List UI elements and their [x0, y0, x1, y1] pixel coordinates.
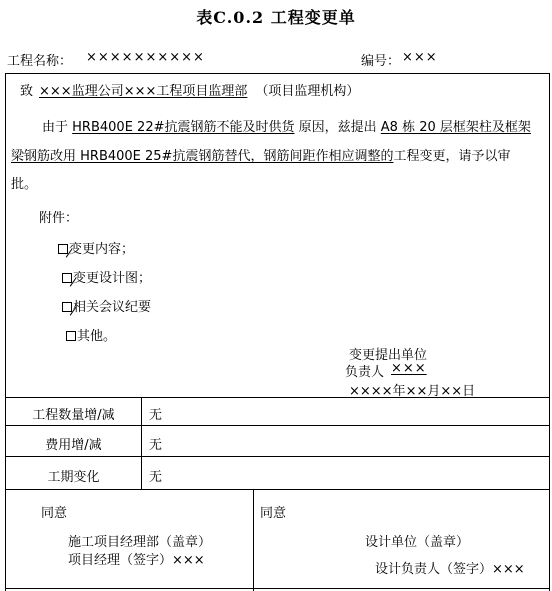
approval-column-divider	[253, 489, 254, 591]
contractor-org: 施工项目经理部（盖章）	[68, 531, 211, 550]
addressee-suffix: （项目监理机构）	[255, 84, 359, 99]
addressee-line: 致×××监理公司×××工程项目监理部（项目监理机构）	[20, 80, 359, 99]
row-label-quantity: 工程数量增/减	[6, 404, 141, 423]
row-divider	[5, 489, 550, 490]
change-content-part2: 梁钢筋改用 HRB400E 25#抗震钢筋替代，钢筋间距作相应调整的	[11, 149, 393, 164]
attachment-item[interactable]: 变更设计图；	[62, 267, 151, 286]
body-text: 由于	[42, 120, 68, 135]
designer-signer: 设计负责人（签字）×××	[375, 558, 525, 577]
checkbox-checked-icon[interactable]	[62, 302, 72, 312]
attachment-item[interactable]: 其他。	[66, 325, 116, 344]
attachment-item[interactable]: 相关会议纪要	[62, 296, 151, 315]
row-value-schedule: 无	[149, 466, 162, 485]
attachment-label: 其他。	[77, 329, 116, 344]
row-divider	[5, 425, 550, 426]
checkbox-checked-icon[interactable]	[58, 244, 68, 254]
label-column-divider	[141, 397, 142, 489]
change-reason: HRB400E 22#抗震钢筋不能及时供货	[72, 120, 294, 135]
body-line-2: 梁钢筋改用 HRB400E 25#抗震钢筋替代，钢筋间距作相应调整的工程变更，请…	[11, 145, 510, 164]
body-line-3: 批。	[11, 173, 37, 192]
table-bottom-border	[5, 588, 550, 589]
attachment-item[interactable]: 变更内容；	[58, 238, 134, 257]
body-line-1: 由于 HRB400E 22#抗震钢筋不能及时供货 原因，兹提出 A8 栋 20 …	[42, 116, 531, 135]
table-right-border	[549, 73, 550, 591]
number-label: 编号：	[361, 50, 400, 69]
attachment-label: 相关会议纪要	[73, 300, 151, 315]
body-text: 原因，兹提出	[299, 120, 377, 135]
body-text: 工程变更，请予以审	[393, 149, 510, 164]
row-divider	[5, 456, 550, 457]
designer-opinion: 同意	[260, 502, 286, 521]
checkbox-unchecked-icon[interactable]	[66, 331, 76, 341]
change-content-part1: A8 栋 20 层框架柱及框架	[381, 120, 531, 135]
checkbox-checked-icon[interactable]	[62, 273, 72, 283]
addressee-recipient: ×××监理公司×××工程项目监理部	[33, 84, 255, 99]
row-value-cost: 无	[149, 434, 162, 453]
table-top-border	[5, 73, 550, 74]
attachment-label: 变更设计图；	[73, 271, 151, 286]
submitter-person-label: 负责人	[345, 361, 384, 380]
table-left-border	[5, 73, 6, 591]
row-label-cost: 费用增/减	[6, 434, 141, 453]
contractor-signer: 项目经理（签字）×××	[68, 549, 205, 568]
designer-org: 设计单位（盖章）	[365, 531, 469, 550]
addressee-prefix: 致	[20, 84, 33, 99]
attachments-label: 附件：	[39, 207, 78, 226]
row-value-quantity: 无	[149, 404, 162, 423]
row-label-schedule: 工期变化	[6, 466, 141, 485]
project-name-label: 工程名称：	[7, 50, 72, 69]
submitter-date: ××××年××月××日	[349, 380, 475, 399]
contractor-opinion: 同意	[41, 502, 67, 521]
project-name-value: ××××××××××	[86, 50, 205, 65]
form-title: 表C.0.2 工程变更单	[0, 5, 552, 28]
submitter-person-value: ×××	[391, 361, 427, 376]
number-value: ×××	[402, 50, 438, 65]
attachment-label: 变更内容；	[69, 242, 134, 257]
